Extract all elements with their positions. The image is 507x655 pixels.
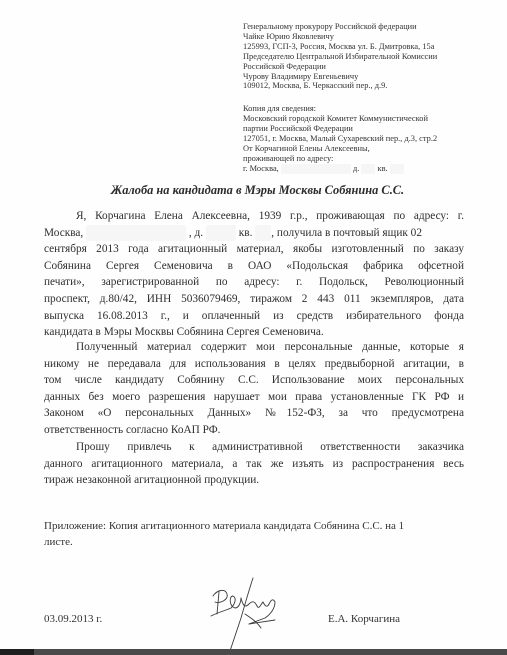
scan-bottom-edge	[0, 649, 507, 655]
redacted-street	[86, 225, 186, 242]
redacted-house	[361, 164, 375, 174]
address-house: , д.	[189, 227, 203, 239]
sender-city: г. Москва,	[243, 164, 279, 173]
paragraph-line: данного агитационного материала, а так ж…	[44, 456, 464, 473]
address-apt: кв.	[239, 227, 253, 239]
paragraph-line: Собянина Сергея Семеновича в ОАО «Подоль…	[44, 258, 464, 275]
addressee-line: 109012, Москва, Б. Черкасский пер., д.9.	[243, 81, 505, 91]
paragraph-line: Я, Корчагина Елена Алексеевна, 1939 г.р.…	[44, 208, 464, 225]
paragraph-personal-data: Полученный материал содержит мои персона…	[44, 339, 464, 439]
addressee-line: Российской Федерации	[243, 62, 505, 72]
document-title: Жалоба на кандидата в Мэры Москвы Собяни…	[0, 183, 507, 198]
scanned-letter-page: Генеральному прокурору Российской федера…	[0, 0, 507, 649]
copy-line: партии Российской Федерации	[243, 124, 505, 134]
paragraph-request: Прошу привлечь к административной ответс…	[44, 439, 464, 489]
addressee-line: 125993, ГСП-3, Россия, Москва ул. Б. Дми…	[243, 42, 505, 52]
addressee-line: Председателю Центральной Избирательной К…	[243, 52, 505, 62]
paragraph-line: проспект, д.80/42, ИНН 5036079469, тираж…	[44, 291, 464, 308]
redacted-apt	[390, 164, 404, 174]
paragraph-line: тираж незаконной агитационной продукции.	[44, 472, 464, 489]
paragraph-line-address: Москва, , д. кв. , получила в почтовый я…	[44, 225, 464, 242]
copy-line: Московский городской Комитет Коммунистич…	[243, 114, 505, 124]
paragraph-line: данных без моего разрешения нарушает мои…	[44, 389, 464, 406]
paragraph-line: сентября 2013 года агитационный материал…	[44, 241, 464, 258]
copy-line: Копия для сведения:	[243, 104, 505, 114]
addressee-line: Чурову Владимиру Евгеньевичу	[243, 72, 505, 82]
addressee-block: Генеральному прокурору Российской федера…	[243, 22, 505, 174]
redacted-apt	[255, 225, 271, 242]
appendix-line: Приложение: Копия агитационного материал…	[44, 519, 464, 535]
copy-line: От Корчагиной Елены Алексеевны,	[243, 144, 505, 154]
document-date: 03.09.2013 г.	[44, 613, 102, 625]
paragraph-line: том числе кандидату Собянину С.С. Исполь…	[44, 372, 464, 389]
spacer	[243, 91, 505, 104]
paragraph-line: Прошу привлечь к административной ответс…	[44, 439, 464, 456]
paragraph-line: ответственность согласно КоАП РФ.	[44, 422, 464, 439]
paragraph-line: печати», зарегистрированной по адресу: г…	[44, 274, 464, 291]
paragraph-complaint: Я, Корчагина Елена Алексеевна, 1939 г.р.…	[44, 208, 464, 341]
copy-line: 127051, г. Москва, Малый Сухаревский пер…	[243, 134, 505, 144]
addressee-line: Генеральному прокурору Российской федера…	[243, 22, 505, 32]
appendix-line: листе.	[44, 535, 464, 551]
sender-apt: кв.	[378, 164, 388, 173]
paragraph-line: никому не передавала для использования в…	[44, 356, 464, 373]
sender-house: д.	[353, 164, 359, 173]
address-city: Москва,	[44, 227, 83, 239]
signer-name: Е.А. Корчагина	[328, 613, 400, 625]
handwritten-signature-icon	[205, 574, 305, 654]
paragraph-line: выпуска 16.08.2013 г., и оплаченный из с…	[44, 308, 464, 325]
copy-line: проживающей по адресу:	[243, 154, 505, 164]
appendix-note: Приложение: Копия агитационного материал…	[44, 519, 464, 550]
sender-address-line: г. Москва, д. кв.	[243, 164, 505, 174]
addressee-line: Чайке Юрию Яковлевичу	[243, 32, 505, 42]
paragraph-line: Законом «О персональных Данных» №152-ФЗ,…	[44, 405, 464, 422]
paragraph-line: Полученный материал содержит мои персона…	[44, 339, 464, 356]
redacted-street	[281, 164, 351, 174]
redacted-house	[206, 225, 236, 242]
address-rest: , получила в почтовый ящик 02	[271, 227, 422, 239]
